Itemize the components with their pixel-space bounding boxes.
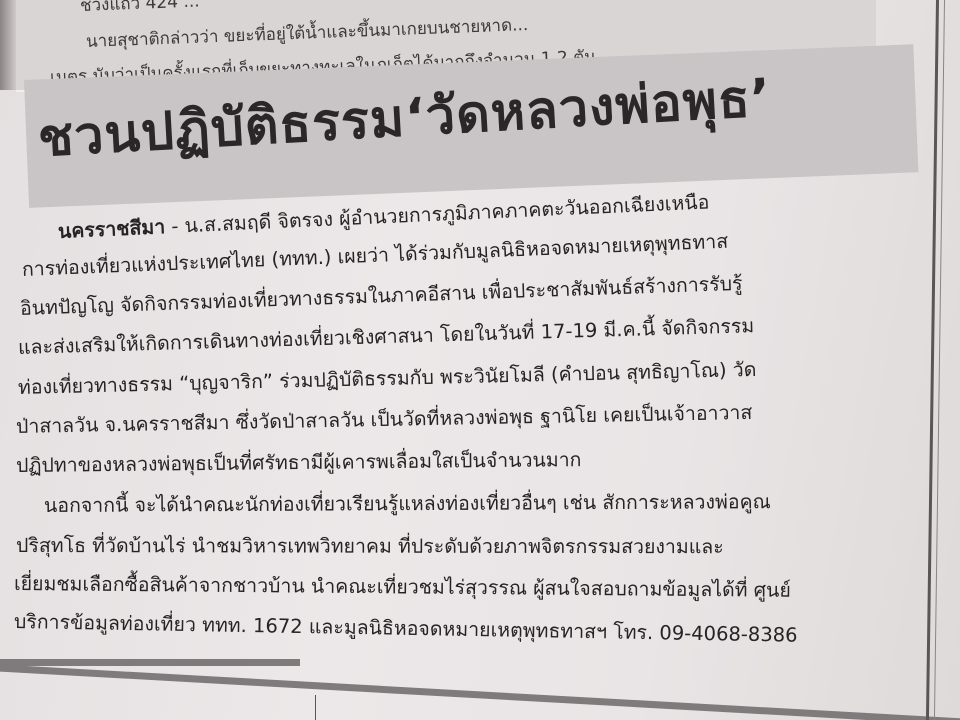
article-line: เยี่ยมชมเลือกซื้อสินค้าจากชาวบ้าน นำคณะเ… [14, 568, 791, 606]
dateline: นครราชสีมา [57, 215, 165, 243]
article-line: ปฏิปทาของหลวงพ่อพุธเป็นที่ศรัทธามีผู้เคา… [16, 444, 582, 481]
column-tick [315, 695, 316, 720]
section-divider [0, 659, 300, 666]
column-rule [926, 0, 939, 720]
article-line: ท่องเที่ยวทางธรรม “บุญจาริก” ร่วมปฏิบัติ… [18, 354, 757, 403]
article-line: ป่าสาลวัน จ.นครราชสีมา ซึ่งวัดป่าสาลวัน … [16, 397, 753, 442]
article-line: นอกจากนี้ จะได้นำคณะนักท่องเที่ยวเรียนรู… [44, 486, 771, 521]
newspaper-page: ช่วงแถว 424 ... นายสุชาติกล่าวว่า ขยะที่… [0, 0, 960, 720]
page-shadow-edge [0, 0, 16, 90]
section-divider [0, 664, 960, 720]
article-line: บริการข้อมูลท่องเที่ยว ททท. 1672 และมูลน… [14, 606, 798, 651]
article-line: ปริสุทโธ ที่วัดบ้านไร่ นำชมวิหารเทพวิทยา… [16, 530, 724, 562]
